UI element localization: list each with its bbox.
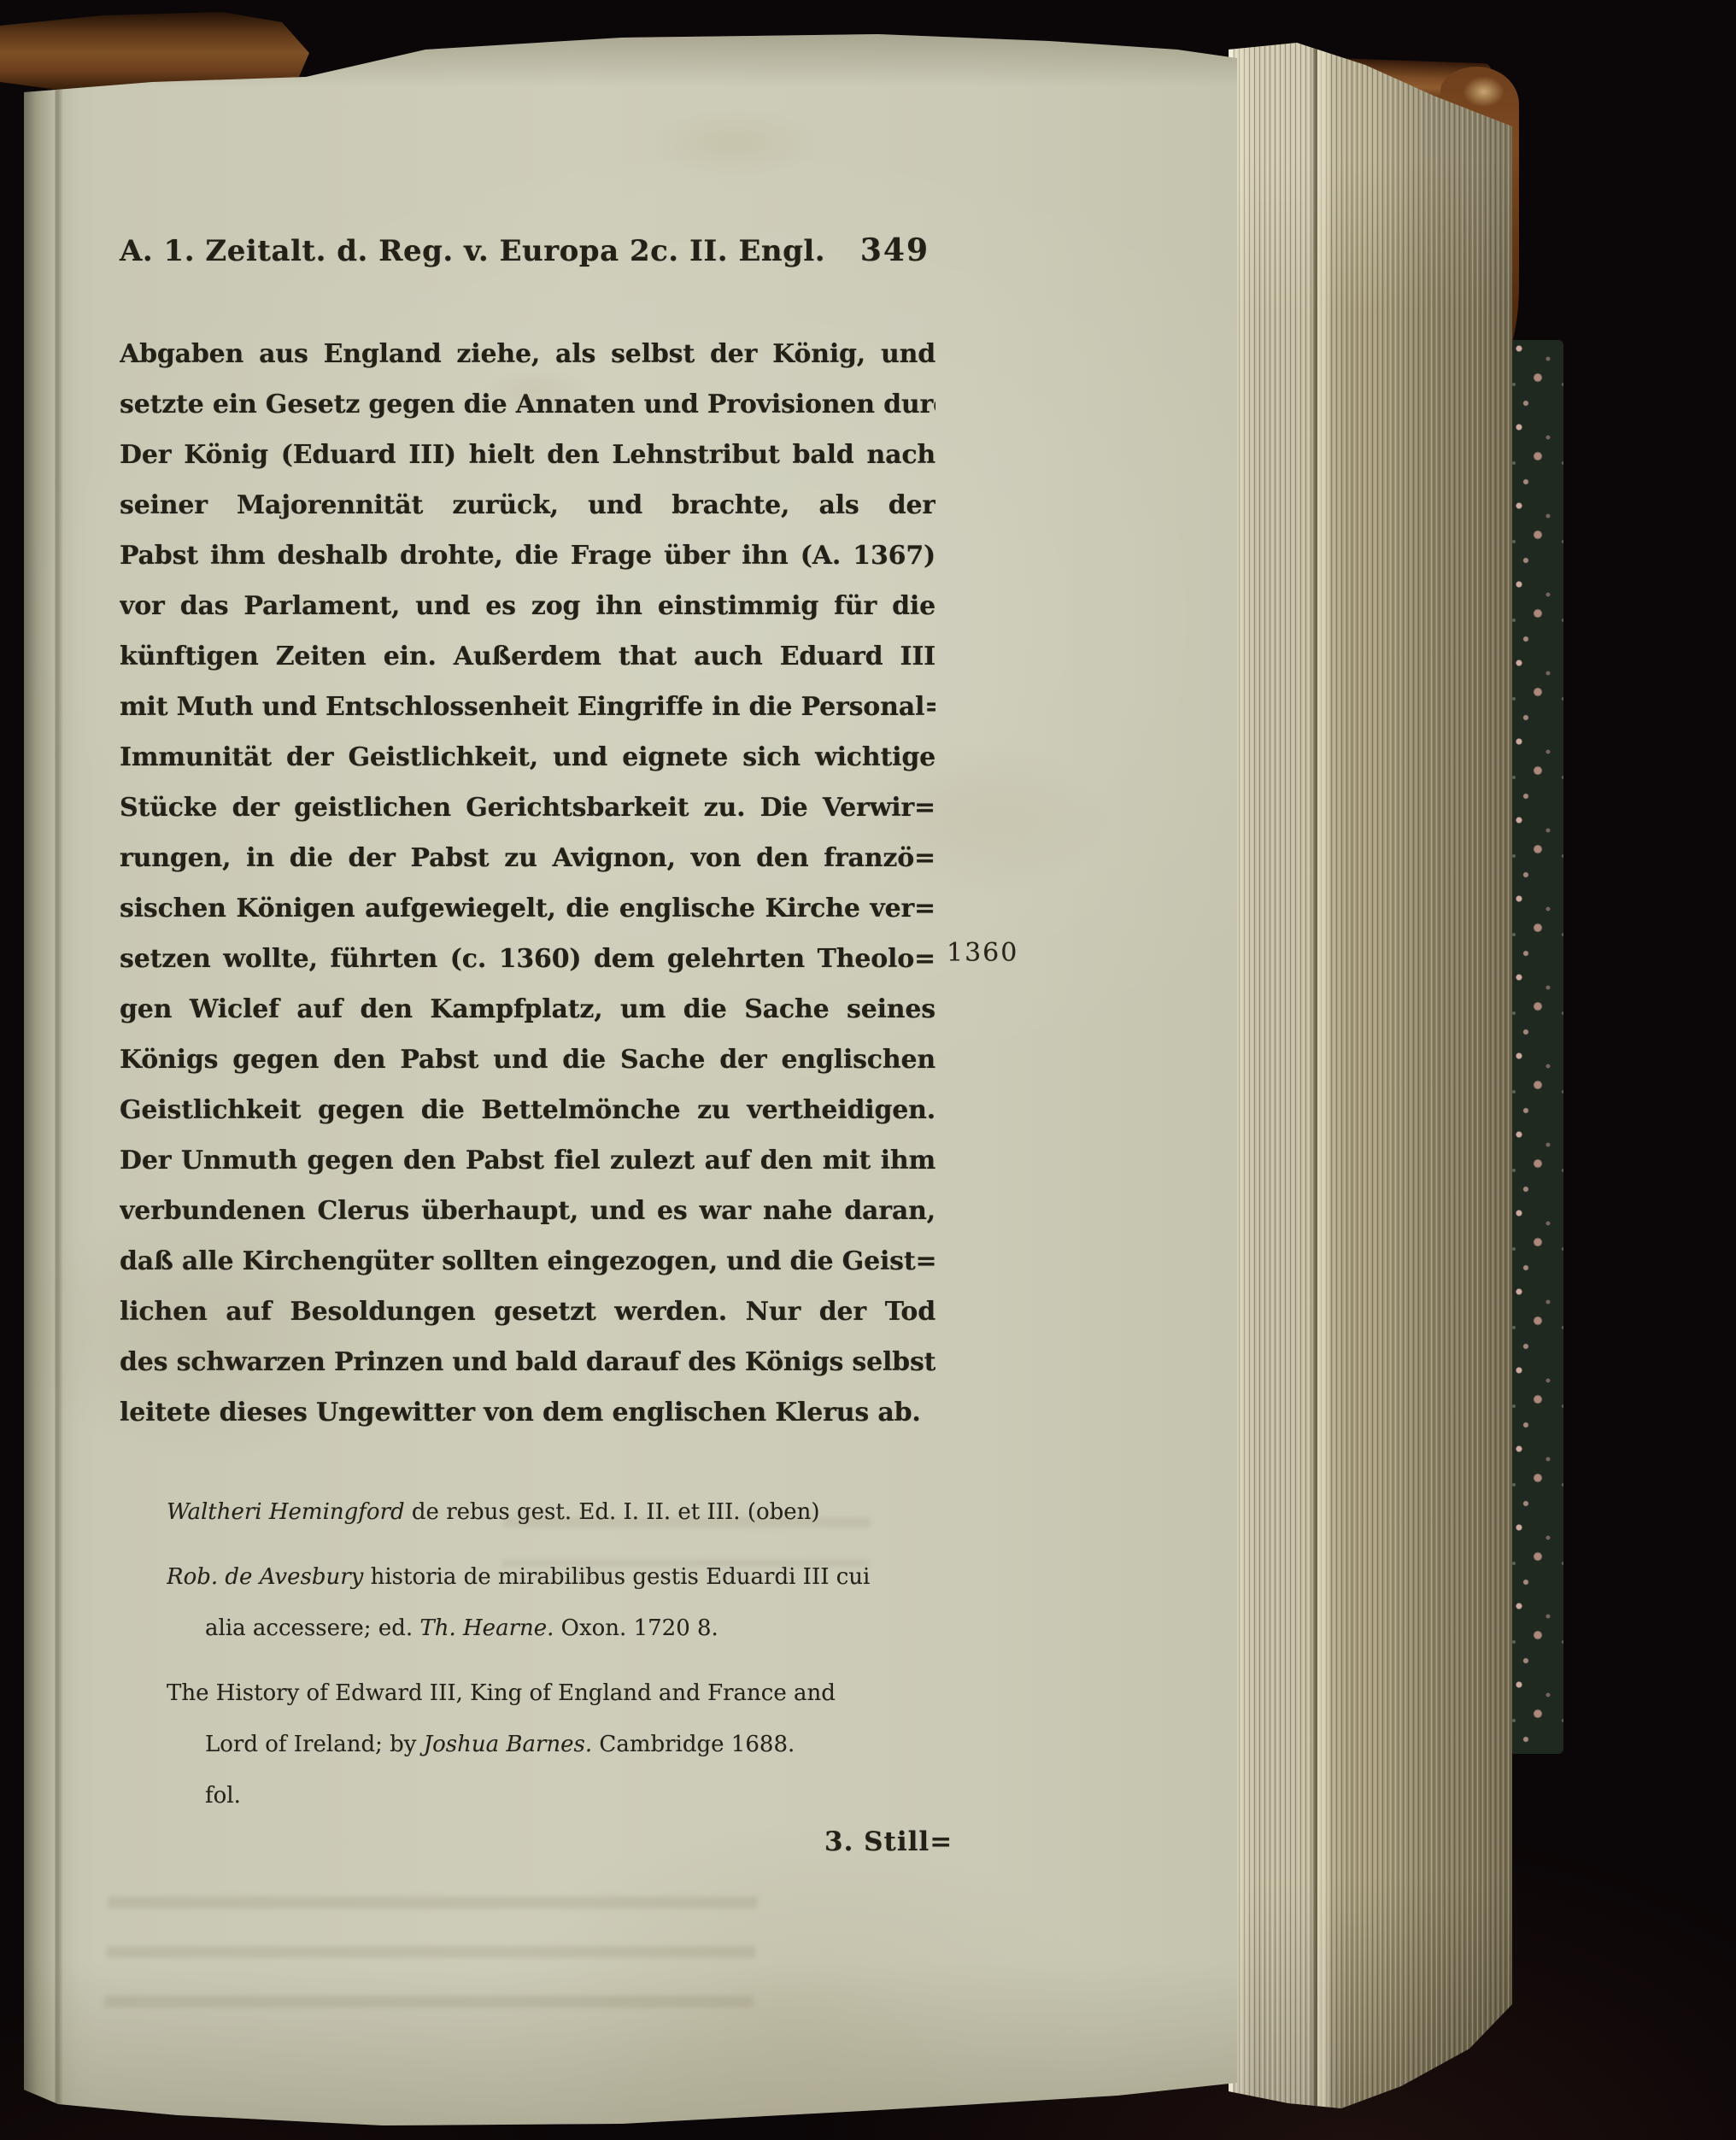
body-line: sischen Königen aufgewiegelt, die englis… bbox=[120, 883, 935, 934]
bibliography-author: Waltheri Hemingford bbox=[167, 1499, 405, 1525]
bibliography-text: de rebus gest. Ed. I. II. et III. (oben) bbox=[405, 1499, 820, 1525]
book-scan: A. 1. Zeitalt. d. Reg. v. Europa 2c. II.… bbox=[0, 0, 1736, 2140]
body-line: rungen, in die der Pabst zu Avignon, von… bbox=[120, 833, 935, 883]
body-line: mit Muth und Entschlossenheit Eingriffe … bbox=[120, 682, 935, 732]
margin-note-year: 1360 bbox=[947, 938, 1041, 968]
body-line: Immunität der Geistlichkeit, und eignete… bbox=[120, 732, 935, 783]
fore-edge-page-stack bbox=[1229, 39, 1512, 2114]
body-paragraph: Abgaben aus England ziehe, als selbst de… bbox=[120, 329, 935, 1438]
bibliography-text: fol. bbox=[205, 1783, 241, 1809]
header-title: A. 1. Zeitalt. d. Reg. v. Europa 2c. II.… bbox=[120, 234, 825, 268]
bibliography: Waltheri Hemingford de rebus gest. Ed. I… bbox=[167, 1486, 978, 1821]
body-line: Königs gegen den Pabst und die Sache der… bbox=[120, 1035, 935, 1085]
bibliography-line: Lord of Ireland; by Joshua Barnes. Cambr… bbox=[167, 1719, 978, 1770]
body-line: leitete dieses Ungewitter von dem englis… bbox=[120, 1387, 935, 1438]
body-line: Abgaben aus England ziehe, als selbst de… bbox=[120, 329, 935, 379]
book-page: A. 1. Zeitalt. d. Reg. v. Europa 2c. II.… bbox=[24, 32, 1237, 2127]
body-line: verbundenen Clerus überhaupt, und es war… bbox=[120, 1186, 935, 1236]
body-line: künftigen Zeiten ein. Außerdem that auch… bbox=[120, 631, 935, 682]
body-line: setzen wollte, führten (c. 1360) dem gel… bbox=[120, 934, 935, 984]
body-line: Der Unmuth gegen den Pabst fiel zulezt a… bbox=[120, 1135, 935, 1186]
bibliography-text: The History of Edward III, King of Engla… bbox=[167, 1680, 836, 1706]
body-line: Geistlichkeit gegen die Bettelmönche zu … bbox=[120, 1085, 935, 1135]
bibliography-line: alia accessere; ed. Th. Hearne. Oxon. 17… bbox=[167, 1603, 978, 1654]
bibliography-text: Lord of Ireland; by bbox=[205, 1732, 424, 1757]
running-header: A. 1. Zeitalt. d. Reg. v. Europa 2c. II.… bbox=[120, 232, 930, 268]
bibliography-entry: The History of Edward III, King of Engla… bbox=[167, 1668, 978, 1821]
bibliography-line: Waltheri Hemingford de rebus gest. Ed. I… bbox=[167, 1486, 978, 1538]
body-line: lichen auf Besoldungen gesetzt werden. N… bbox=[120, 1287, 935, 1337]
bibliography-text: alia accessere; ed. bbox=[205, 1615, 419, 1641]
bibliography-author: Th. Hearne. bbox=[419, 1615, 554, 1641]
body-line: gen Wiclef auf den Kampfplatz, um die Sa… bbox=[120, 984, 935, 1035]
bibliography-line: fol. bbox=[167, 1770, 978, 1821]
body-line: des schwarzen Prinzen und bald darauf de… bbox=[120, 1337, 935, 1387]
body-line: Pabst ihm deshalb drohte, die Frage über… bbox=[120, 531, 935, 581]
bibliography-author: Joshua Barnes. bbox=[424, 1732, 592, 1757]
bibliography-author: Rob. de Avesbury bbox=[167, 1564, 363, 1590]
bibliography-entry: Rob. de Avesbury historia de mirabilibus… bbox=[167, 1551, 978, 1654]
marbled-cover-strip bbox=[1509, 340, 1563, 1754]
body-line: Stücke der geistlichen Gerichtsbarkeit z… bbox=[120, 783, 935, 833]
bibliography-line: The History of Edward III, King of Engla… bbox=[167, 1668, 978, 1719]
body-line: daß alle Kirchengüter sollten eingezogen… bbox=[120, 1236, 935, 1287]
body-line: Der König (Eduard III) hielt den Lehnstr… bbox=[120, 430, 935, 480]
page-number: 349 bbox=[860, 232, 930, 268]
bibliography-entry: Waltheri Hemingford de rebus gest. Ed. I… bbox=[167, 1486, 978, 1538]
bibliography-text: Cambridge 1688. bbox=[592, 1732, 795, 1757]
body-line: setzte ein Gesetz gegen die Annaten und … bbox=[120, 379, 935, 430]
show-through-text bbox=[103, 1897, 757, 2025]
bibliography-text: historia de mirabilibus gestis Eduardi I… bbox=[363, 1564, 870, 1590]
body-line: vor das Parlament, und es zog ihn einsti… bbox=[120, 581, 935, 631]
bibliography-line: Rob. de Avesbury historia de mirabilibus… bbox=[167, 1551, 978, 1603]
bibliography-text: Oxon. 1720 8. bbox=[554, 1615, 718, 1641]
catchword: 3. Still= bbox=[824, 1826, 1012, 1857]
body-line: seiner Majorennität zurück, und brachte,… bbox=[120, 480, 935, 531]
